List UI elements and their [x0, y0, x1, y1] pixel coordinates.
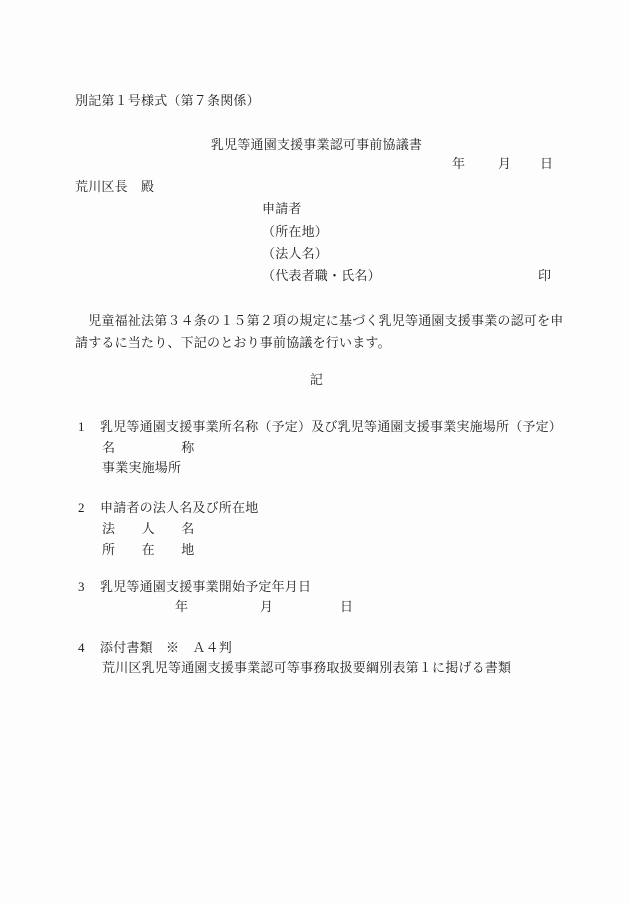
year-label: 年 [452, 156, 465, 172]
document-page: 別記第１号様式（第７条関係） 乳児等通園支援事業認可事前協議書 年 月 日 荒川… [0, 0, 630, 903]
day-label: 日 [340, 599, 353, 615]
year-label: 年 [175, 599, 188, 615]
item-number: 4 [78, 640, 85, 656]
item-heading: 乳児等通園支援事業開始予定年月日 [100, 579, 311, 595]
month-label: 月 [498, 156, 511, 172]
item-number: 3 [78, 579, 85, 595]
item-heading: 申請者の法人名及び所在地 [100, 500, 258, 516]
item-number: 2 [78, 500, 85, 516]
applicant-corporate-name-label: （法人名） [262, 246, 328, 262]
item-heading: 乳児等通園支援事業所名称（予定）及び乳児等通園支援事業実施場所（予定） [100, 419, 562, 435]
body-paragraph: 児童福祉法第３４条の１５第２項の規定に基づく乳児等通園支援事業の認可を申請するに… [75, 310, 573, 354]
day-label: 日 [540, 156, 553, 172]
ki-marker: 記 [75, 372, 558, 388]
applicant-address-label: （所在地） [262, 224, 328, 240]
applicant-label: 申請者 [262, 201, 302, 217]
attachment-note: 荒川区乳児等通園支援事業認可等事務取扱要綱別表第１に掲げる書類 [102, 660, 511, 676]
month-label: 月 [260, 599, 273, 615]
corporate-address-label: 所 在 地 [102, 542, 194, 558]
seal-mark: 印 [538, 268, 551, 284]
addressee: 荒川区長 殿 [75, 179, 154, 195]
form-number: 別記第１号様式（第７条関係） [75, 93, 260, 109]
item-heading: 添付書類 ※ Ａ４判 [100, 640, 232, 656]
corporate-name-label: 法 人 名 [102, 521, 194, 537]
business-name-label: 名 称 [102, 440, 194, 456]
document-title: 乳児等通園支援事業認可事前協議書 [75, 137, 558, 153]
applicant-representative-label: （代表者職・氏名） [262, 268, 381, 284]
item-number: 1 [78, 419, 85, 435]
business-place-label: 事業実施場所 [102, 460, 181, 476]
